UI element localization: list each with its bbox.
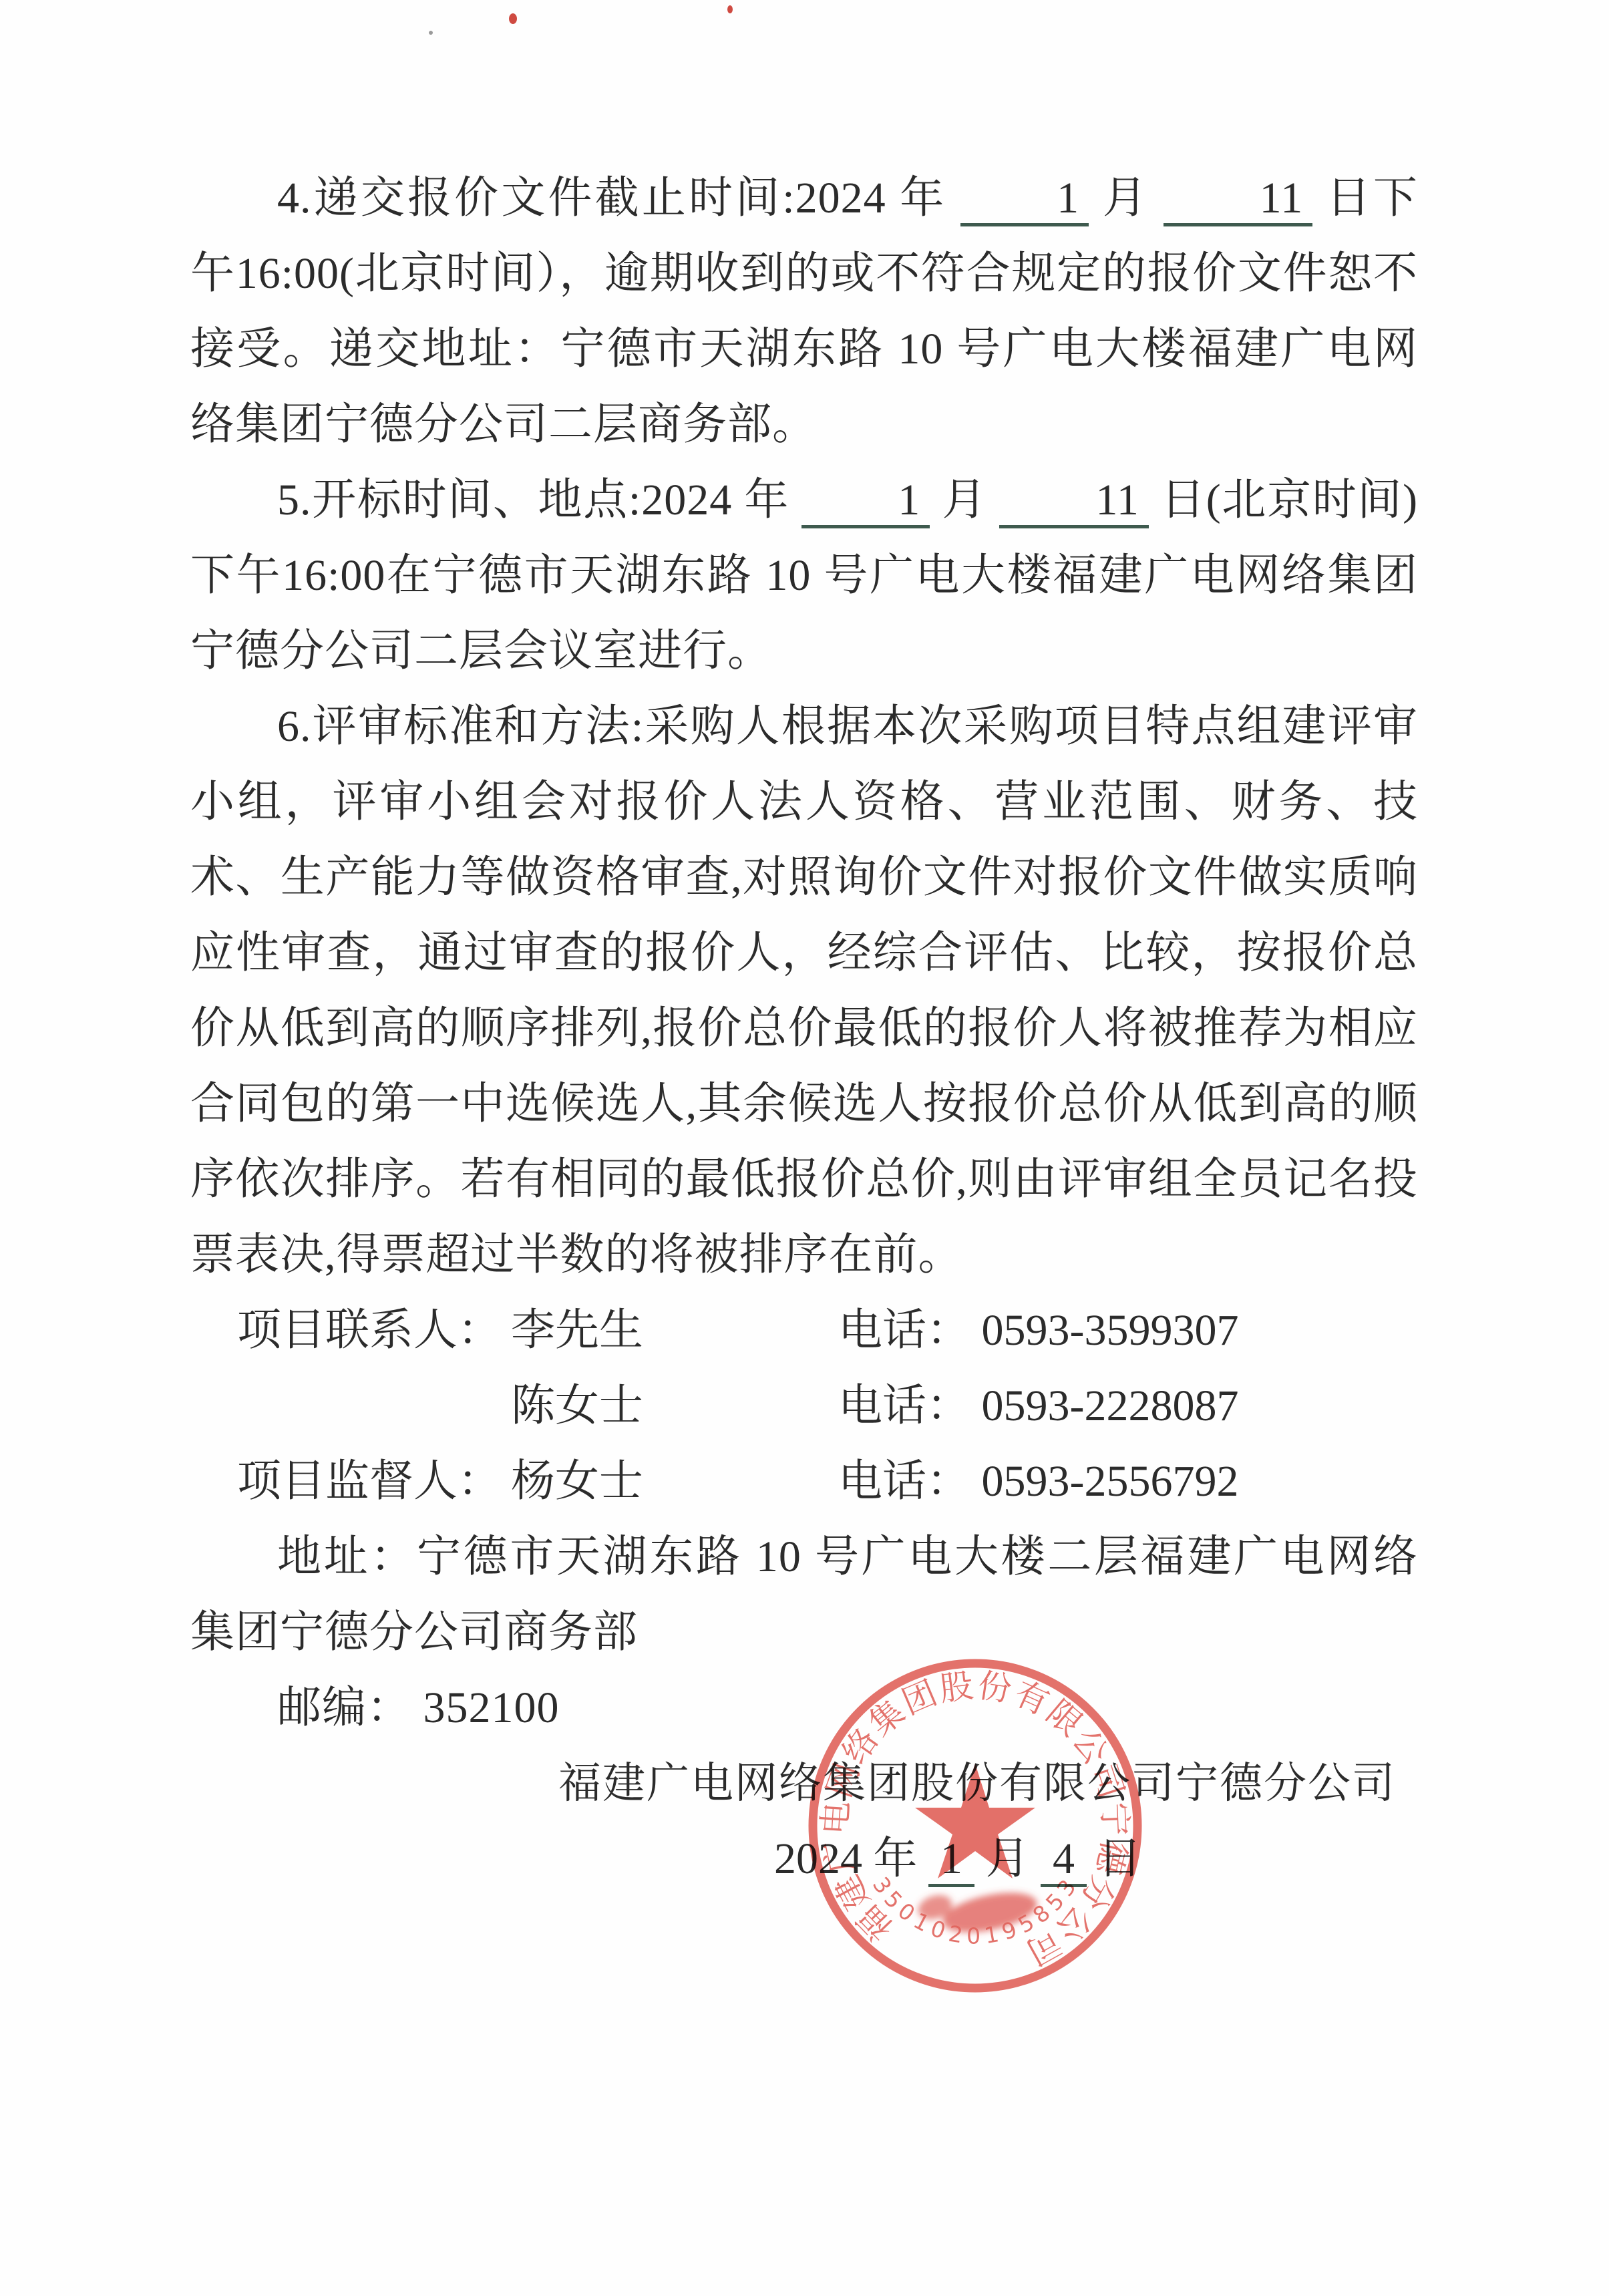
- p4-text-pre: 4.递交报价文件截止时间:2024 年: [277, 174, 946, 222]
- paragraph-postal-code: 邮编： 352100: [190, 1670, 1418, 1746]
- document-content: 4.递交报价文件截止时间:2024 年 1 月 11 日下午16:00(北京时间…: [190, 160, 1418, 1897]
- contact-phone: 电话： 0593-2556792: [838, 1444, 1418, 1519]
- p4-month-label: 月: [1103, 174, 1149, 222]
- p5-day-underlined: 11: [999, 476, 1149, 528]
- p5-month-underlined: 1: [801, 476, 930, 528]
- contact-name: 陈女士: [511, 1368, 838, 1444]
- phone-number: 0593-2556792: [982, 1457, 1239, 1506]
- contact-name: 杨女士: [511, 1444, 838, 1519]
- phone-label: 电话：: [838, 1381, 970, 1430]
- paragraph-submission-deadline: 4.递交报价文件截止时间:2024 年 1 月 11 日下午16:00(北京时间…: [190, 160, 1418, 462]
- p4-day-underlined: 11: [1164, 174, 1313, 226]
- phone-number: 0593-2228087: [982, 1381, 1239, 1430]
- phone-label: 电话：: [838, 1306, 970, 1355]
- contact-row: 项目监督人： 杨女士 电话： 0593-2556792: [190, 1444, 1418, 1519]
- p5-month-label: 月: [942, 476, 987, 524]
- contact-label: [237, 1368, 511, 1444]
- date-year: 2024 年: [774, 1834, 918, 1883]
- contact-name: 李先生: [511, 1293, 838, 1368]
- postal-value: 352100: [423, 1683, 560, 1732]
- scan-speck: [509, 13, 517, 24]
- contact-phone: 电话： 0593-3599307: [838, 1293, 1418, 1368]
- scan-speck: [727, 5, 733, 13]
- date-day-label: 日: [1098, 1834, 1142, 1883]
- paragraph-bid-opening: 5.开标时间、地点:2024 年 1 月 11 日(北京时间) 下午16:00在…: [190, 462, 1418, 689]
- paragraph-address: 地址：宁德市天湖东路 10 号广电大楼二层福建广电网络集团宁德分公司商务部: [190, 1519, 1418, 1670]
- contact-row: 项目联系人： 李先生 电话： 0593-3599307: [190, 1293, 1418, 1368]
- p4-month-underlined: 1: [960, 174, 1089, 226]
- date-month-underlined: 1: [928, 1835, 974, 1887]
- contact-label: 项目监督人：: [237, 1444, 511, 1519]
- date-month-label: 月: [986, 1834, 1030, 1883]
- contact-row: 陈女士 电话： 0593-2228087: [190, 1368, 1418, 1444]
- date-day-underlined: 4: [1041, 1835, 1087, 1887]
- postal-label: 邮编：: [277, 1683, 411, 1732]
- contact-phone: 电话： 0593-2228087: [838, 1368, 1418, 1444]
- document-page: 4.递交报价文件截止时间:2024 年 1 月 11 日下午16:00(北京时间…: [0, 0, 1609, 2296]
- signature-company-name: 福建广电网络集团股份有限公司宁德分公司: [558, 1746, 1418, 1821]
- phone-number: 0593-3599307: [982, 1306, 1239, 1355]
- contact-section: 项目联系人： 李先生 电话： 0593-3599307 陈女士 电话： 0593…: [190, 1293, 1418, 1519]
- phone-label: 电话：: [838, 1457, 970, 1506]
- paragraph-evaluation-criteria: 6.评审标准和方法:采购人根据本次采购项目特点组建评审小组，评审小组会对报价人法…: [190, 689, 1418, 1293]
- contact-label: 项目联系人：: [237, 1293, 511, 1368]
- signature-date: 2024 年 1 月 4 日: [774, 1821, 1418, 1897]
- scan-speck: [429, 31, 433, 35]
- p5-text-pre: 5.开标时间、地点:2024 年: [277, 476, 789, 524]
